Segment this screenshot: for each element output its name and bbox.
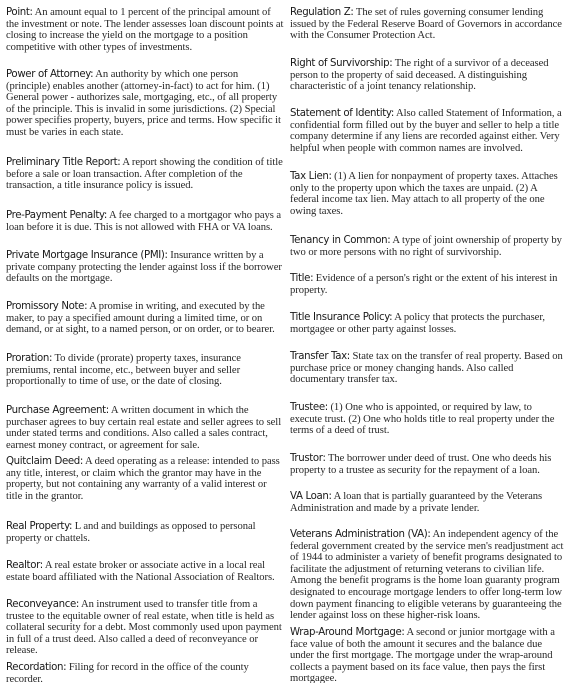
glossary-entry-pre-payment-penalty: Pre-Payment Penalty: A fee charged to a … (6, 210, 284, 233)
glossary-term: Regulation Z: (290, 7, 354, 18)
glossary-entry-private-mortgage-insurance: Private Mortgage Insurance (PMI): Insura… (6, 250, 284, 285)
glossary-entry-regulation-z: Regulation Z: The set of rules governing… (290, 7, 566, 42)
glossary-definition: Evidence of a person's right or the exte… (290, 273, 557, 296)
glossary-entry-title: Title: Evidence of a person's right or t… (290, 273, 566, 296)
glossary-term: Preliminary Title Report: (6, 157, 120, 168)
glossary-entry-realtor: Realtor: A real estate broker or associa… (6, 560, 284, 583)
glossary-entry-tenancy-in-common: Tenancy in Common: A type of joint owner… (290, 235, 566, 258)
glossary-entry-transfer-tax: Transfer Tax: State tax on the transfer … (290, 351, 566, 386)
glossary-entry-tax-lien: Tax Lien: (1) A lien for nonpayment of p… (290, 171, 566, 217)
glossary-term: Right of Survivorship: (290, 58, 392, 69)
glossary-definition: An amount equal to 1 percent of the prin… (6, 7, 283, 53)
glossary-entry-right-of-survivorship: Right of Survivorship: The right of a su… (290, 58, 566, 93)
glossary-definition: The borrower under deed of trust. One wh… (290, 453, 551, 476)
glossary-term: Realtor: (6, 560, 43, 571)
glossary-entry-proration: Proration: To divide (prorate) property … (6, 353, 284, 388)
glossary-entry-va-loan: VA Loan: A loan that is partially guaran… (290, 491, 566, 514)
glossary-definition: An independent agency of the federal gov… (290, 529, 563, 621)
glossary-entry-power-of-attorney: Power of Attorney: An authority by which… (6, 69, 284, 139)
glossary-term: Private Mortgage Insurance (PMI): (6, 250, 168, 261)
glossary-term: Promissory Note: (6, 301, 87, 312)
glossary-entry-preliminary-title-report: Preliminary Title Report: A report showi… (6, 157, 284, 192)
glossary-entry-real-property: Real Property: L and and buildings as op… (6, 521, 284, 544)
glossary-entry-recordation: Recordation: Filing for record in the of… (6, 662, 284, 683)
glossary-entry-veterans-administration: Veterans Administration (VA): An indepen… (290, 529, 566, 622)
glossary-term: Veterans Administration (VA): (290, 529, 430, 540)
glossary-term: Point: (6, 7, 33, 18)
glossary-term: Wrap-Around Mortgage: (290, 627, 404, 638)
glossary-term: Real Property: (6, 521, 72, 532)
glossary-term: Proration: (6, 353, 52, 364)
glossary-term: Title: (290, 273, 313, 284)
glossary-term: Purchase Agreement: (6, 405, 109, 416)
glossary-term: Tax Lien: (290, 171, 332, 182)
glossary-term: Pre-Payment Penalty: (6, 210, 107, 221)
glossary-definition: (1) One who is appointed, or required by… (290, 402, 554, 436)
glossary-term: Trustor: (290, 453, 326, 464)
glossary-term: Statement of Identity: (290, 108, 394, 119)
glossary-entry-reconveyance: Reconveyance: An instrument used to tran… (6, 599, 284, 657)
glossary-term: Quitclaim Deed: (6, 456, 83, 467)
glossary-term: Reconveyance: (6, 599, 79, 610)
glossary-entry-trustor: Trustor: The borrower under deed of trus… (290, 453, 566, 476)
glossary-entry-point: Point: An amount equal to 1 percent of t… (6, 7, 284, 53)
glossary-entry-purchase-agreement: Purchase Agreement: A written document i… (6, 405, 284, 451)
glossary-term: Trustee: (290, 402, 328, 413)
glossary-term: Recordation: (6, 662, 66, 673)
glossary-entry-wrap-around-mortgage: Wrap-Around Mortgage: A second or junior… (290, 627, 566, 683)
glossary-entry-statement-of-identity: Statement of Identity: Also called State… (290, 108, 566, 154)
glossary-entry-promissory-note: Promissory Note: A promise in writing, a… (6, 301, 284, 336)
glossary-term: Power of Attorney: (6, 69, 93, 80)
glossary-term: Tenancy in Common: (290, 235, 390, 246)
glossary-term: VA Loan: (290, 491, 332, 502)
glossary-entry-trustee: Trustee: (1) One who is appointed, or re… (290, 402, 566, 437)
glossary-entry-quitclaim-deed: Quitclaim Deed: A deed operating as a re… (6, 456, 284, 502)
glossary-page: Point: An amount equal to 1 percent of t… (0, 0, 570, 683)
glossary-entry-title-insurance-policy: Title Insurance Policy: A policy that pr… (290, 312, 566, 335)
glossary-term: Transfer Tax: (290, 351, 350, 362)
glossary-term: Title Insurance Policy: (290, 312, 392, 323)
glossary-definition: A real estate broker or associate active… (6, 560, 275, 583)
